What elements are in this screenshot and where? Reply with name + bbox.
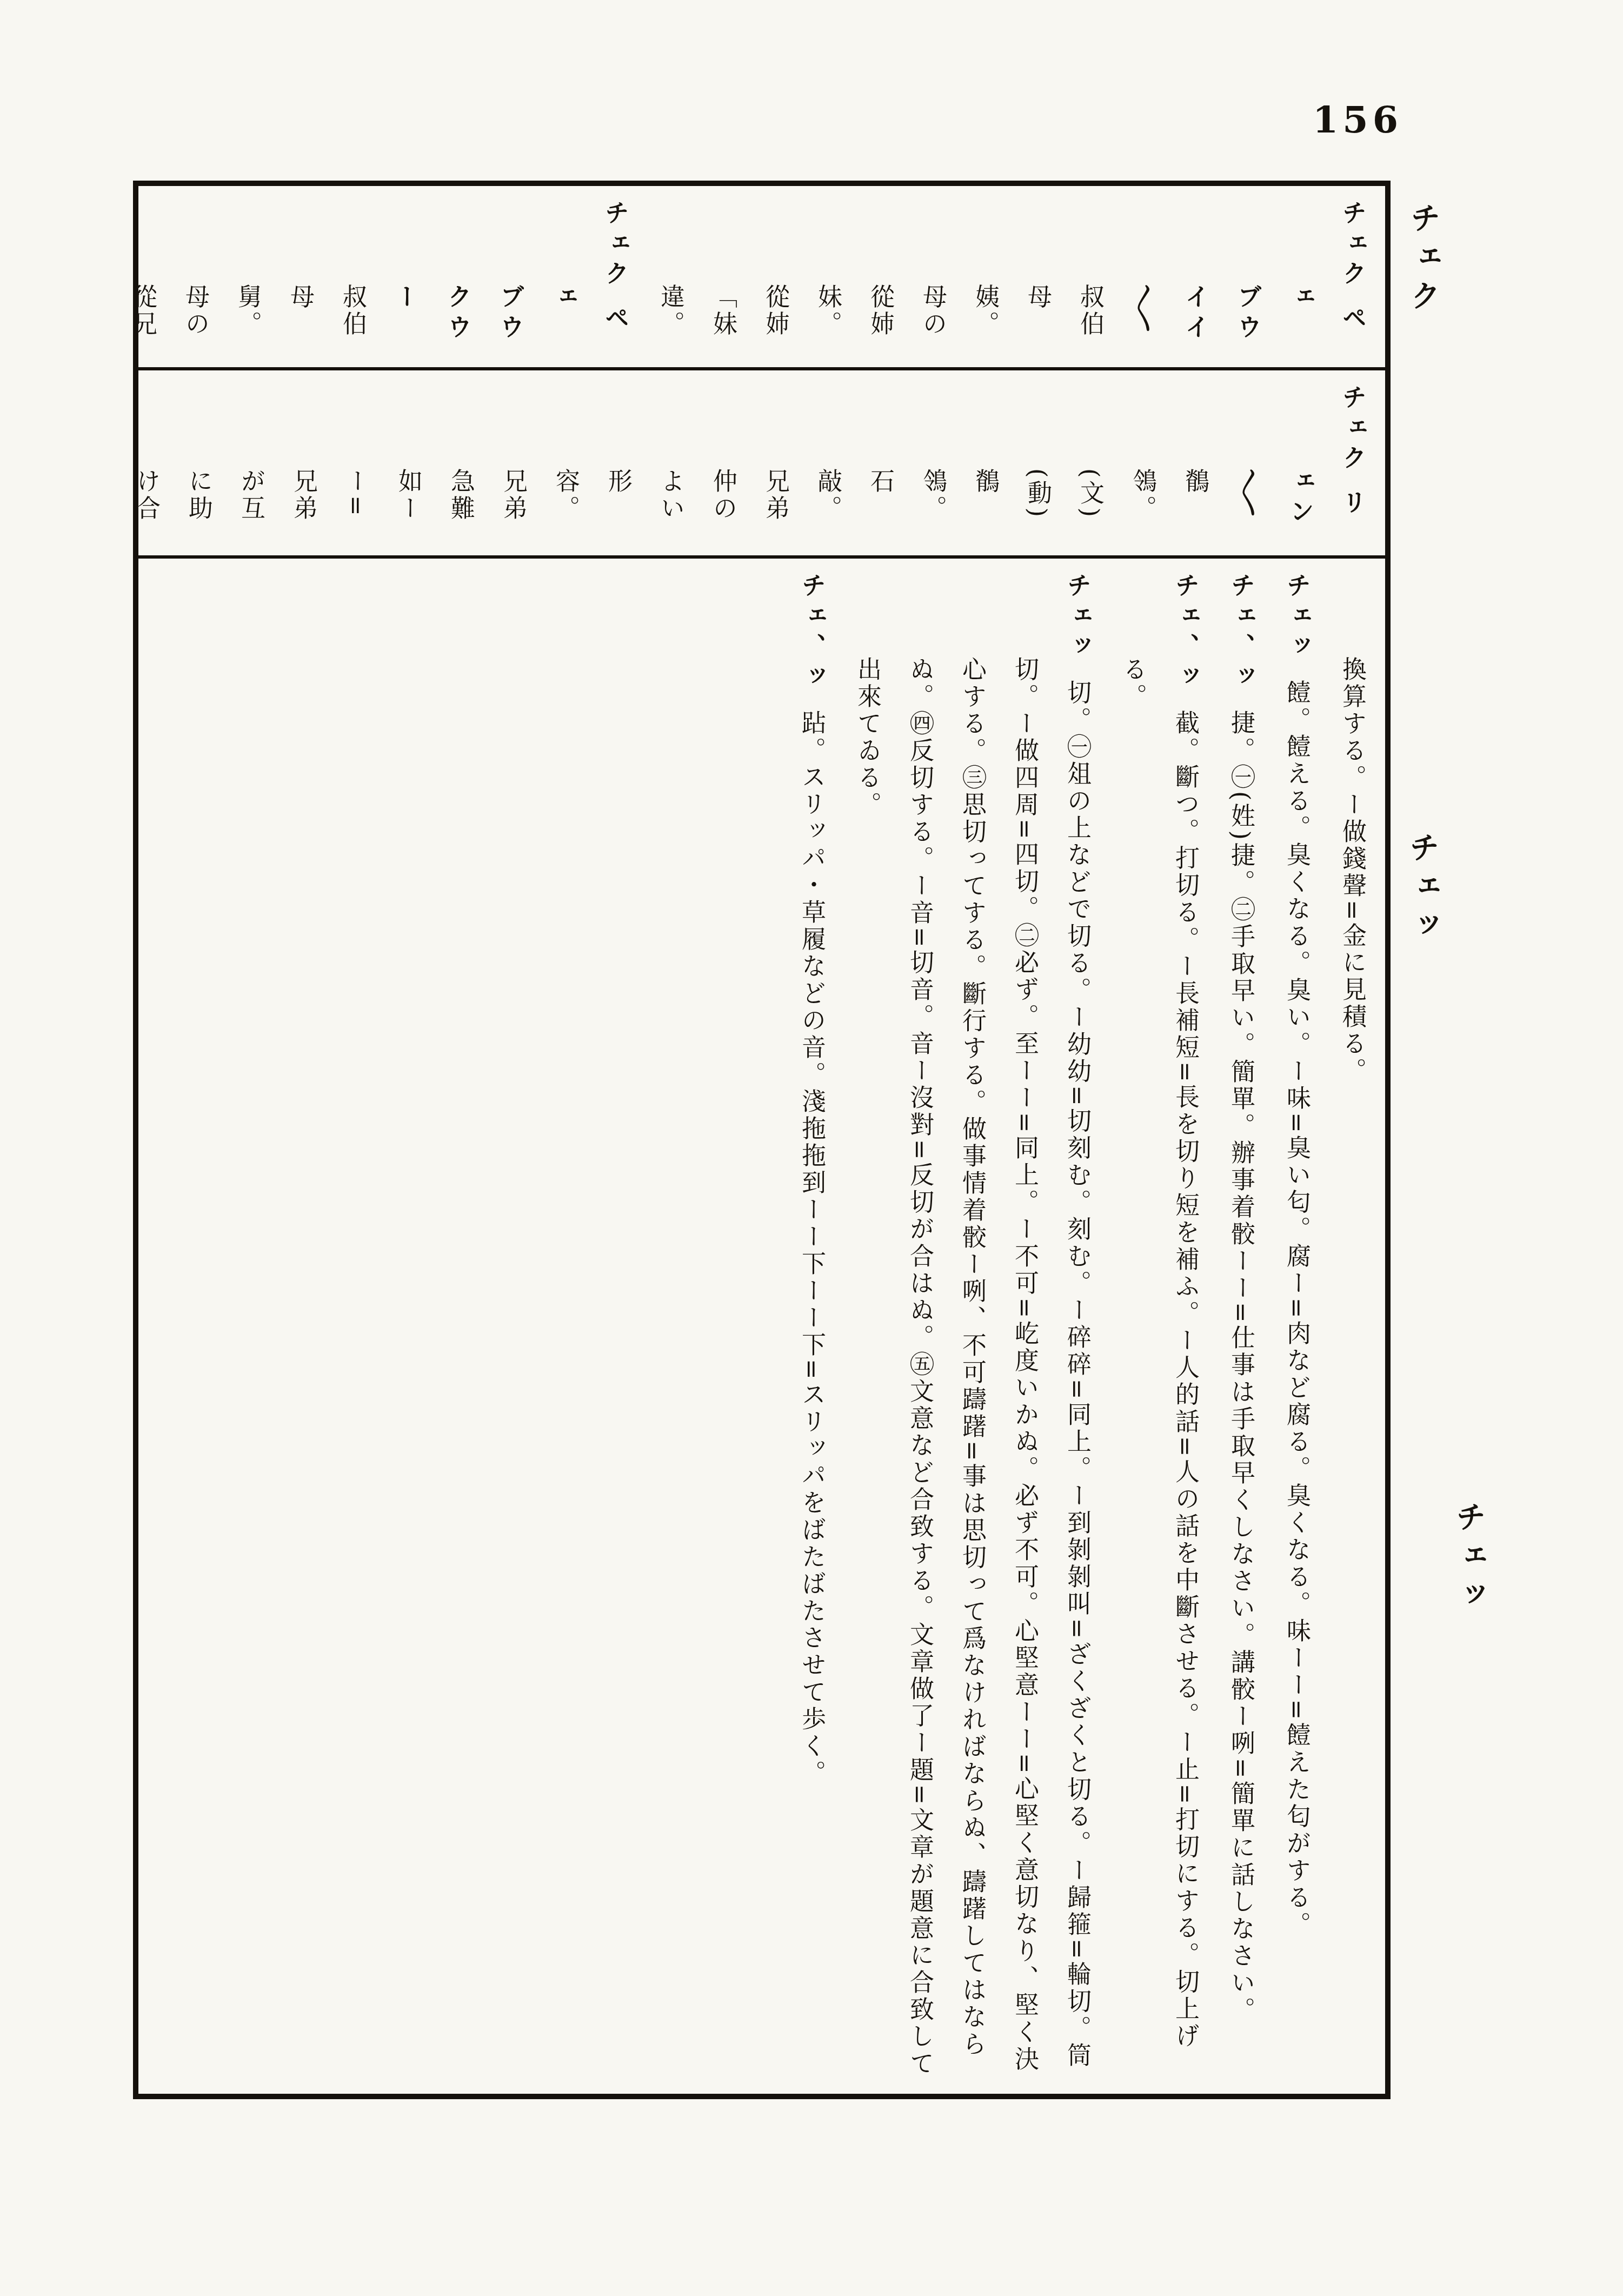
dictionary-entry: チェ、ッ跕。スリッパ・草履などの音。淺拖拖到ーー下ーー下=スリッパをばたばたさせ… [786, 573, 838, 2080]
dictionary-entry: チェッ饐。饐える。臭くなる。臭い。ー味=臭い匂。腐ー=肉など腐る。臭くなる。味ー… [1271, 573, 1323, 2080]
dictionary-entry: チェク リェン〱鶺鴒。(文)(動)鶺鴒。石敲。兄弟仲のよい形容。兄弟急難如ーー=… [138, 384, 1379, 541]
middle-band: チェク リェン〱鶺鴒。(文)(動)鶺鴒。石敲。兄弟仲のよい形容。兄弟急難如ーー=… [138, 367, 1385, 555]
dictionary-entry: チェク ペェ ブウ イイ〱叔伯母姨。母の從姉妹。從姉「妹違。 [644, 200, 1379, 353]
entry-headword-kana: チェッ [1063, 573, 1092, 663]
entry-definition: 鶺鴒。(文)(動)鶺鴒。石敲。兄弟仲のよい形容。兄弟急難如ーー=兄弟が互に助け合… [138, 468, 1209, 522]
entry-definition: 叔伯母舅。母の從兄弟。從兄「弟違。 [138, 284, 367, 338]
entry-definition: 截。斷つ。打切る。ー長補短=長を切り短を補ふ。ー人的話=人の話を中斷させる。ー止… [1119, 656, 1200, 2050]
entry-definition: 跕。スリッパ・草履などの音。淺拖拖到ーー下ーー下=スリッパをばたばたさせて歩く。 [797, 710, 826, 1788]
dictionary-entry: チェク ペェ ブウ クウー叔伯母舅。母の從兄弟。從兄「弟違。 [138, 200, 641, 353]
entry-headword-kana: チェク ペェ ブウ イイ〱 [1128, 200, 1367, 344]
entry-headword-kana: チェク リェン〱 [1233, 384, 1367, 529]
margin-syllable-label-bottom: チェッ [1447, 1501, 1490, 1618]
entry-headword-kana: チェ、ッ [797, 573, 826, 694]
dictionary-entry: チェ、ッ截。斷つ。打切る。ー長補短=長を切り短を補ふ。ー人的話=人の話を中斷させ… [1107, 573, 1212, 2080]
entry-definition: 切。㊀俎の上などで切る。ー幼幼=切刻む。刻む。ー碎碎=同上。ー到剝剝叫=ざくざく… [853, 656, 1092, 2078]
dictionary-entry: チェ、ッ捷。㊀(姓)捷。㊁手取早い。簡單。辦事着骹ーー=仕事は手取早くしなさい。… [1215, 573, 1267, 2080]
dictionary-page-scan: 156 チェク チェッ チェッ チェク ペェ ブウ イイ〱叔伯母姨。母の從姉妹。… [0, 0, 1623, 2296]
entry-definition: 換算する。ー做錢聲=金に見積る。 [1338, 656, 1367, 1085]
dictionary-entry: チェッ切。㊀俎の上などで切る。ー幼幼=切刻む。刻む。ー碎碎=同上。ー到剝剝叫=ざ… [841, 573, 1103, 2080]
content-box-border: チェク ペェ ブウ イイ〱叔伯母姨。母の從姉妹。從姉「妹違。チェク ペェ ブウ … [133, 181, 1391, 2099]
entry-headword-kana: チェッ [1282, 573, 1311, 663]
margin-syllable-label-middle: チェッ [1400, 832, 1444, 948]
margin-syllable-label-top: チェク [1401, 202, 1445, 319]
entry-continuation: 換算する。ー做錢聲=金に見積る。 [1326, 573, 1379, 2080]
entry-definition: 叔伯母姨。母の從姉妹。從姉「妹違。 [656, 284, 1105, 338]
bottom-band: 換算する。ー做錢聲=金に見積る。チェッ饐。饐える。臭くなる。臭い。ー味=臭い匂。… [138, 555, 1385, 2094]
entry-headword-kana: チェ、ッ [1171, 573, 1200, 694]
entry-headword-kana: チェ、ッ [1227, 573, 1255, 694]
top-band: チェク ペェ ブウ イイ〱叔伯母姨。母の從姉妹。從姉「妹違。チェク ペェ ブウ … [138, 186, 1385, 367]
page-number: 156 [1313, 98, 1402, 142]
entry-definition: 捷。㊀(姓)捷。㊁手取早い。簡單。辦事着骹ーー=仕事は手取早くしなさい。講骹ー咧… [1227, 710, 1255, 2025]
entry-definition: 饐。饐える。臭くなる。臭い。ー味=臭い匂。腐ー=肉など腐る。臭くなる。味ーー=饐… [1282, 680, 1311, 1939]
entry-headword-kana: チェク ペェ ブウ クウー [391, 200, 629, 344]
